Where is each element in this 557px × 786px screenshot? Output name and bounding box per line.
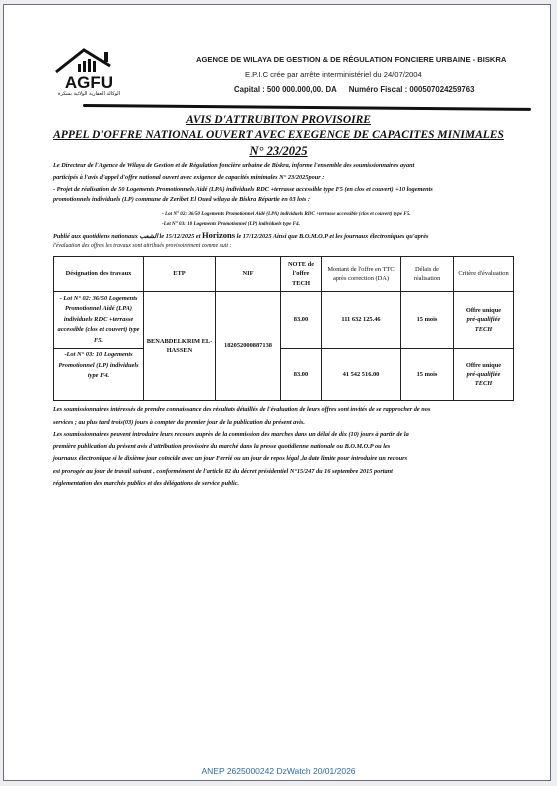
- critere-cell: Offre unique pré-qualifiée TECH: [454, 349, 514, 401]
- critere-cell: Offre unique pré-qualifiée TECH: [454, 292, 514, 349]
- col-note: NOTE de l'offre TECH: [281, 257, 322, 292]
- anep-reference-link[interactable]: ANEP 2625000242 DzWatch 20/01/2026: [0, 766, 557, 776]
- project-line-2: promotionnels individuels (LP) commune d…: [53, 196, 310, 203]
- note-cell: 83.00: [281, 349, 322, 401]
- col-nif: NIF: [216, 257, 281, 292]
- table-row: - Lot N° 02: 36/50 Logements Promotionne…: [54, 292, 514, 349]
- col-montant: Montant de l'offre en TTC après correcti…: [322, 257, 401, 292]
- notice-subtitle: APPEL D'OFFRE NATIONAL OUVERT AVEC EXEGE…: [0, 129, 557, 141]
- closing-line-6: est prorogée au jour de travail suivant …: [53, 468, 393, 475]
- attribution-table: Désignation des travaux ETP NIF NOTE de …: [53, 256, 514, 401]
- closing-line-1: Les soumissionnaires intéressés de prend…: [53, 406, 430, 413]
- lot-02-line: - Lot N° 02: 36/50 Logements Promotionne…: [162, 211, 411, 217]
- designation-cell: -Lot N° 03: 10 Logements Promotionnel (L…: [54, 349, 144, 401]
- table-row: -Lot N° 03: 10 Logements Promotionnel (L…: [54, 349, 514, 401]
- designation-cell: - Lot N° 02: 36/50 Logements Promotionne…: [54, 292, 144, 349]
- svg-text:AGFU: AGFU: [65, 73, 113, 92]
- epic-line: E.P.I.C crée par arrête interministériel…: [245, 70, 422, 79]
- closing-line-2: services ; au plus tard trois(03) jours …: [53, 419, 305, 426]
- notice-number: N° 23/2025: [0, 144, 557, 159]
- agfu-logo-icon: AGFU الوكالة العقارية الولائية بسكرة: [48, 44, 130, 96]
- capital-fiscal-line: Capital : 500 000.000,00. DANuméro Fisca…: [234, 85, 474, 94]
- col-delais: Délais de réalisation: [401, 257, 454, 292]
- table-header-row: Désignation des travaux ETP NIF NOTE de …: [54, 257, 514, 292]
- montant-cell: 111 632 125.46: [322, 292, 401, 349]
- montant-cell: 41 542 516.00: [322, 349, 401, 401]
- intro-line-2: participés à l'avis d'appel d'offre nati…: [53, 174, 324, 181]
- intro-line-1: Le Directeur de l'Agence de Wilaya de Ge…: [53, 162, 414, 169]
- nif-cell: 182052000887138: [216, 292, 281, 401]
- closing-line-4: première publication du présent avis d'a…: [53, 443, 390, 450]
- fiscal-number: Numéro Fiscal : 000507024259763: [349, 85, 475, 94]
- closing-line-3: Les soumissionnaires peuvent introduire …: [53, 431, 409, 438]
- note-cell: 83.00: [281, 292, 322, 349]
- lot-03-line: -Lot N° 03: 10 Logements Promotionnel (L…: [162, 221, 300, 227]
- etp-cell: BENABDELKRIM EL-HASSEN: [144, 292, 216, 401]
- capital: Capital : 500 000.000,00. DA: [234, 85, 337, 94]
- closing-line-7: réglementation des marchés publics et de…: [53, 480, 239, 487]
- notice-title: AVIS D'ATTRUBITON PROVISOIRE: [0, 114, 557, 126]
- delais-cell: 15 mois: [401, 292, 454, 349]
- evaluation-line: l'évaluation des offres les travaux sont…: [53, 243, 231, 249]
- col-designation: Désignation des travaux: [54, 257, 144, 292]
- svg-text:الوكالة العقارية الولائية بسكر: الوكالة العقارية الولائية بسكرة: [58, 91, 120, 96]
- project-line-1: - Projet de réalisation de 50 Logements …: [53, 186, 433, 193]
- delais-cell: 15 mois: [401, 349, 454, 401]
- agency-name: AGENCE DE WILAYA DE GESTION & DE RÉGULAT…: [196, 55, 506, 64]
- publication-line: Publié aux quotidiens nationaux الشعب le…: [53, 230, 428, 240]
- col-etp: ETP: [144, 257, 216, 292]
- closing-line-5: journaux électronique si le dixième jour…: [53, 455, 407, 462]
- col-critere: Critère d'évaluation: [454, 257, 514, 292]
